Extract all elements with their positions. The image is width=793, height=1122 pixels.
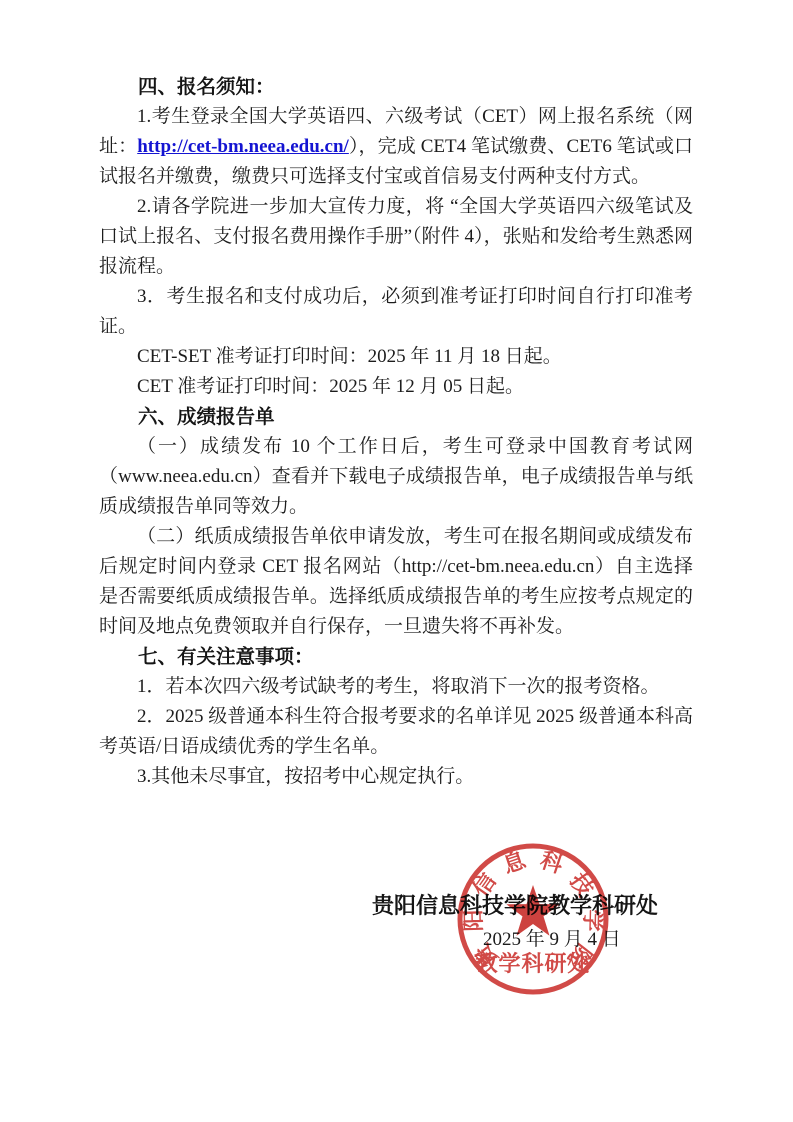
signature-organization: 贵阳信息科技学院教学科研处 [372,889,658,920]
notes-item-2: 2．2025 级普通本科生符合报考要求的名单详见 2025 级普通本科高考英语/… [99,702,693,762]
registration-item-1: 1.考生登录全国大学英语四、六级考试（CET）网上报名系统（网址：http://… [99,102,693,192]
cet-admission-ticket-print-time: CET 准考证打印时间：2025 年 12 月 05 日起。 [99,372,693,402]
notes-item-1: 1．若本次四六级考试缺考的考生，将取消下一次的报考资格。 [99,672,693,702]
notes-item-3: 3.其他未尽事宜，按招考中心规定执行。 [99,762,693,792]
seal-department-text: 教学科研处 [475,951,590,976]
registration-item-2: 2.请各学院进一步加大宣传力度，将 “全国大学英语四六级笔试及口试上报名、支付报… [99,192,693,282]
registration-item-3: 3．考生报名和支付成功后，必须到准考证打印时间自行打印准考证。 [99,282,693,342]
cet-registration-link[interactable]: http://cet-bm.neea.edu.cn/ [137,136,349,157]
seal-ring-char: 息 [500,847,530,878]
cet-set-admission-ticket-print-time: CET-SET 准考证打印时间：2025 年 11 月 18 日起。 [99,342,693,372]
section-heading-notes: 七、有关注意事项： [99,642,693,672]
seal-ring-char: 科 [537,847,567,878]
score-report-item-2: （二）纸质成绩报告单依申请发放，考生可在报名期间或成绩发布后规定时间内登录 CE… [99,522,693,642]
document-body: 四、报名须知： 1.考生登录全国大学英语四、六级考试（CET）网上报名系统（网址… [99,72,693,792]
section-heading-score-report: 六、成绩报告单 [99,402,693,432]
score-report-item-1: （一）成绩发布 10 个工作日后，考生可登录中国教育考试网（www.neea.e… [99,432,693,522]
section-heading-registration-notice: 四、报名须知： [99,72,693,102]
signature-date: 2025 年 9 月 4 日 [483,924,621,951]
document-page: 四、报名须知： 1.考生登录全国大学英语四、六级考试（CET）网上报名系统（网址… [0,0,793,1122]
